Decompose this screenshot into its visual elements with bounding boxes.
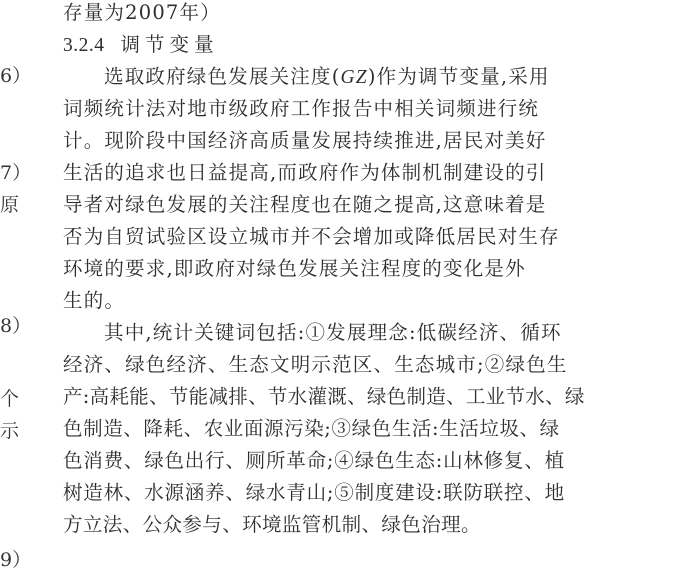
margin-equation-number-8: 8） bbox=[0, 314, 31, 338]
paragraph-line: 否为自贸试验区设立城市并不会增加或降低居民对生存 bbox=[63, 225, 560, 249]
margin-fragment-text: 示 bbox=[0, 419, 19, 443]
margin-equation-number-9: 9） bbox=[0, 548, 31, 569]
section-number: 3.2.4 bbox=[63, 35, 105, 56]
paragraph-line: 产:高耗能、节能减排、节水灌溉、绿色制造、工业节水、绿 bbox=[63, 385, 585, 409]
paragraph-line: 色制造、降耗、农业面源污染;③绿色生活:生活垃圾、绿 bbox=[63, 417, 560, 441]
paragraph-line: 选取政府绿色发展关注度(GZ)作为调节变量,采用 bbox=[104, 65, 550, 89]
paragraph-line: 经济、绿色经济、生态文明示范区、生态城市;②绿色生 bbox=[63, 353, 568, 377]
previous-paragraph-tail: 存量为2007年） bbox=[63, 1, 221, 25]
margin-equation-number-7: 7） bbox=[0, 161, 31, 185]
paragraph-line: 生的。 bbox=[63, 289, 125, 313]
document-page: 6） 7） 原 8） 个 示 9） 存量为2007年） 3.2.4调节变量 选取… bbox=[0, 0, 694, 569]
paragraph-line: 方立法、公众参与、环境监管机制、绿色治理。 bbox=[63, 513, 481, 537]
paragraph-line: 环境的要求,即政府对绿色发展关注程度的变化是外 bbox=[63, 257, 526, 281]
margin-fragment-text: 个 bbox=[0, 387, 19, 411]
paragraph-line: 其中,统计关键词包括:①发展理念:低碳经济、循环 bbox=[104, 321, 562, 345]
variable-symbol-gz: GZ bbox=[341, 67, 368, 88]
paragraph-line: 生活的追求也日益提高,而政府作为体制机制建设的引 bbox=[63, 161, 547, 185]
paragraph-line: 导者对绿色发展的关注程度也在随之提高,这意味着是 bbox=[63, 193, 547, 217]
paragraph-line: 树造林、水源涵养、绿水青山;⑤制度建设:联防联控、地 bbox=[63, 481, 565, 505]
paragraph-line: 计。现阶段中国经济高质量发展持续推进,居民对美好 bbox=[63, 129, 547, 153]
paragraph-line: 词频统计法对地市级政府工作报告中相关词频进行统 bbox=[63, 97, 539, 121]
paragraph-line: 色消费、绿色出行、厕所革命;④绿色生态:山林修复、植 bbox=[63, 449, 565, 473]
section-title: 调节变量 bbox=[121, 33, 219, 56]
margin-fragment-text: 原 bbox=[0, 193, 19, 217]
section-heading: 3.2.4调节变量 bbox=[63, 33, 219, 57]
margin-equation-number-6: 6） bbox=[0, 64, 31, 88]
